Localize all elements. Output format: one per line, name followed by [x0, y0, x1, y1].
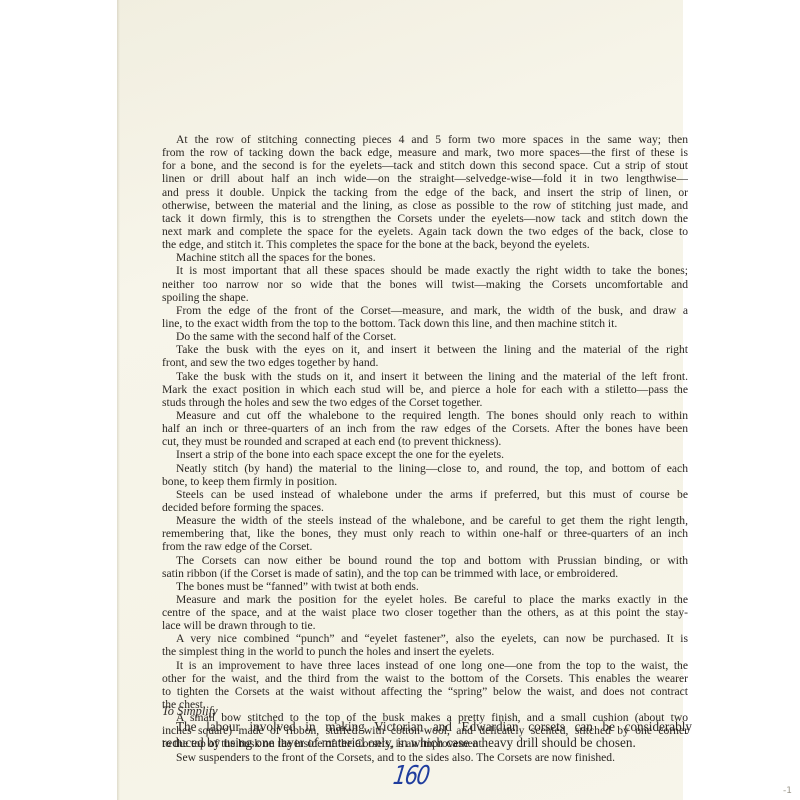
text-line: the edge, and stitch it. This completes … — [162, 238, 688, 251]
text-line: for a bone, and the second is for the ey… — [162, 159, 688, 172]
text-line: Insert a strip of the bone into each spa… — [162, 448, 688, 461]
body-text: At the row of stitching connecting piece… — [162, 133, 688, 764]
text-line: Measure and mark the position for the ey… — [162, 593, 688, 606]
text-line: line, to the exact width from the top to… — [162, 317, 688, 330]
text-line: It is an improvement to have three laces… — [162, 659, 688, 672]
text-line: remembering that, like the bones, they m… — [162, 527, 688, 540]
text-line: decided before forming the spaces. — [162, 501, 688, 514]
text-line: studs through the holes and sew the two … — [162, 396, 688, 409]
text-line: Steels can be used instead of whalebone … — [162, 488, 688, 501]
section-heading: To Simplify — [162, 704, 218, 719]
text-line: cut, they must be rounded and scraped at… — [162, 435, 688, 448]
text-line: Measure the width of the steels instead … — [162, 514, 688, 527]
text-line: satin ribbon (if the Corset is made of s… — [162, 567, 688, 580]
text-line: The labour involved in making Victorian … — [162, 719, 692, 735]
text-line: next mark and complete the space for the… — [162, 225, 688, 238]
text-line: Machine stitch all the spaces for the bo… — [162, 251, 688, 264]
text-line: tack it down firmly, this is to strength… — [162, 212, 688, 225]
text-line: The bones must be “fanned” with twist at… — [162, 580, 688, 593]
text-line: Take the busk with the studs on it, and … — [162, 370, 688, 383]
text-line: A very nice combined “punch” and “eyelet… — [162, 632, 688, 645]
text-line: The Corsets can now either be bound roun… — [162, 554, 688, 567]
text-line: other for the waist, and the third from … — [162, 672, 688, 685]
text-line: from the raw edge of the Corset. — [162, 540, 688, 553]
text-line: centre of the space, and at the waist pl… — [162, 606, 688, 619]
text-line: and press it double. Unpick the tacking … — [162, 186, 688, 199]
text-line: Neatly stitch (by hand) the material to … — [162, 462, 688, 475]
text-line: neither too narrow nor so wide that the … — [162, 278, 688, 291]
simplify-paragraph: The labour involved in making Victorian … — [162, 719, 692, 751]
text-line: from the row of tacking down the back ed… — [162, 146, 688, 159]
text-line: front, and sew the two edges together by… — [162, 356, 688, 369]
scanned-page: At the row of stitching connecting piece… — [117, 0, 683, 800]
text-line: Mark the exact position in which each st… — [162, 383, 688, 396]
text-line: Take the busk with the eyes on it, and i… — [162, 343, 688, 356]
text-line: Measure and cut off the whalebone to the… — [162, 409, 688, 422]
text-line: the chest. — [162, 698, 688, 711]
text-line: spoiling the shape. — [162, 291, 688, 304]
text-line: From the edge of the front of the Corset… — [162, 304, 688, 317]
handwritten-page-number: 160 — [391, 761, 430, 791]
corner-pencil-mark: -1 — [783, 786, 792, 796]
text-line: reduced by using one layer of material o… — [162, 735, 692, 751]
text-line: Do the same with the second half of the … — [162, 330, 688, 343]
text-line: At the row of stitching connecting piece… — [162, 133, 688, 146]
text-line: bone, to keep them firmly in position. — [162, 475, 688, 488]
text-line: otherwise, between the material and the … — [162, 199, 688, 212]
text-line: the simplest thing in the world to punch… — [162, 645, 688, 658]
text-line: half an inch or three-quarters of an inc… — [162, 422, 688, 435]
text-line: It is most important that all these spac… — [162, 264, 688, 277]
text-line: to tighten the Corsets at the waist with… — [162, 685, 688, 698]
text-line: lace will be drawn through to tie. — [162, 619, 688, 632]
text-line: linen or drill about half an inch wide—o… — [162, 172, 688, 185]
